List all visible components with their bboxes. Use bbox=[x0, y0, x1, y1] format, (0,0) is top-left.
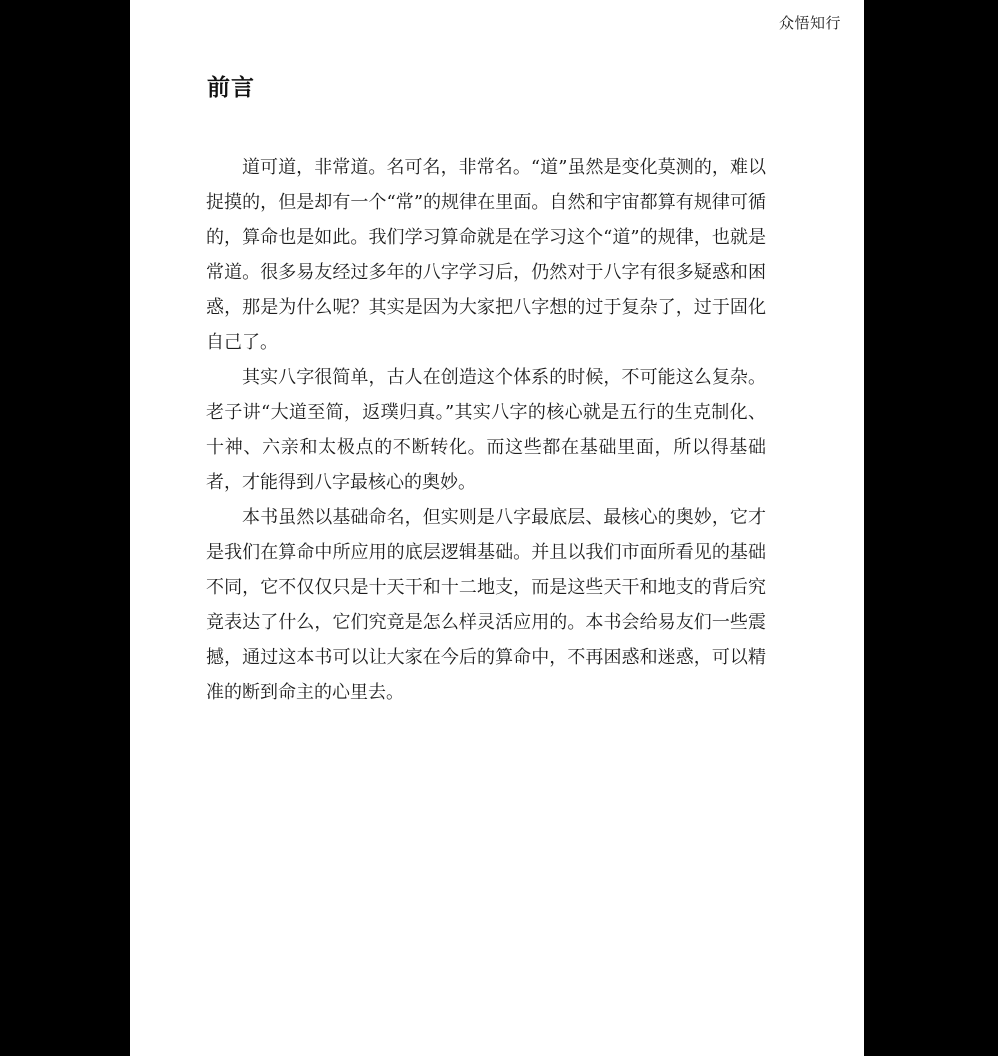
page-title: 前言 bbox=[207, 71, 255, 105]
document-viewer: 众悟知行 前言 道可道，非常道。名可名，非常名。“道”虽然是变化莫测的，难以捉摸… bbox=[0, 0, 998, 1056]
paragraph-1: 道可道，非常道。名可名，非常名。“道”虽然是变化莫测的，难以捉摸的，但是却有一个… bbox=[206, 150, 766, 360]
document-page: 众悟知行 前言 道可道，非常道。名可名，非常名。“道”虽然是变化莫测的，难以捉摸… bbox=[130, 0, 864, 1056]
paragraph-3: 本书虽然以基础命名，但实则是八字最底层、最核心的奥妙，它才是我们在算命中所应用的… bbox=[206, 500, 766, 710]
preface-body: 道可道，非常道。名可名，非常名。“道”虽然是变化莫测的，难以捉摸的，但是却有一个… bbox=[206, 150, 766, 710]
running-header: 众悟知行 bbox=[779, 12, 841, 34]
paragraph-2: 其实八字很简单，古人在创造这个体系的时候，不可能这么复杂。老子讲“大道至简，返璞… bbox=[206, 360, 766, 500]
